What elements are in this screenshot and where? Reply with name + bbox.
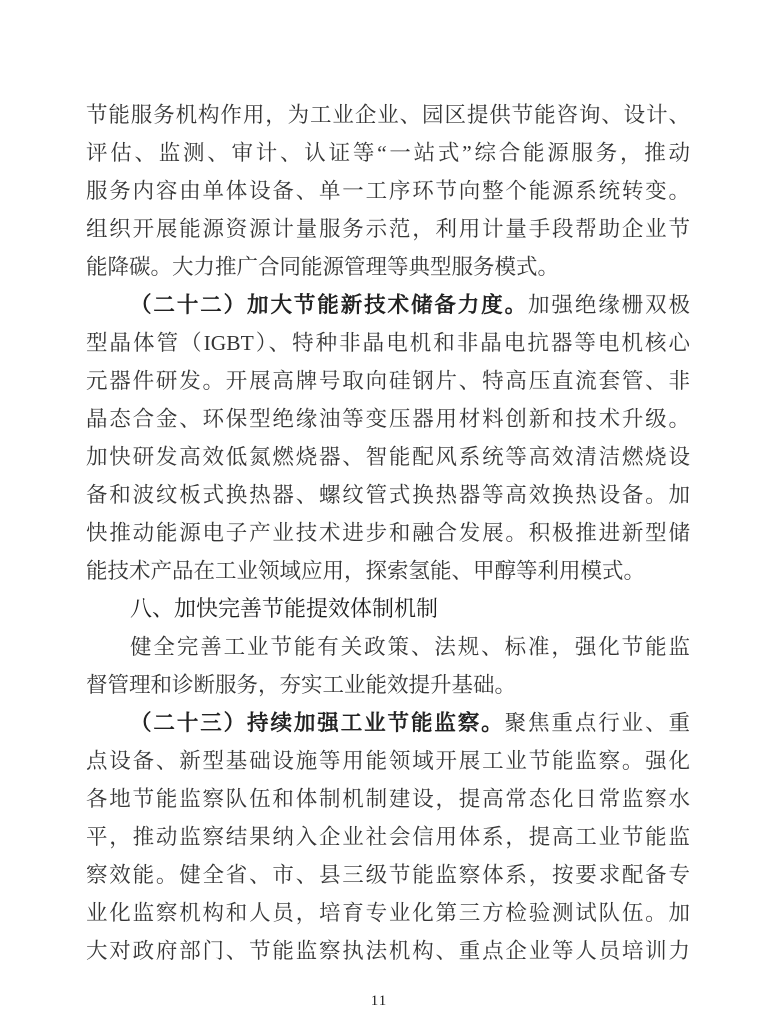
text-line: 快推动能源电子产业技术进步和融合发展。积极推进新型储 — [86, 514, 690, 552]
document-page: 节能服务机构作用，为工业企业、园区提供节能咨询、设计、评估、监测、审计、认证等“… — [0, 0, 758, 1035]
paragraph-lead-bold-run: （二十三）持续加强工业节能监察。 — [130, 711, 505, 735]
text-run: 八、加快完善节能提效体制机制 — [130, 596, 438, 621]
text-run: 评估、监测、审计、认证等“一站式”综合能源服务，推动 — [86, 141, 690, 165]
text-line: 业化监察机构和人员，培育专业化第三方检验测试队伍。加 — [86, 894, 690, 932]
text-run: 聚焦重点行业、重 — [505, 711, 690, 735]
paragraph-lead-bold-run: （二十二）加大节能新技术储备力度。 — [130, 293, 528, 317]
text-run: 晶态合金、环保型绝缘油等变压器用材料创新和技术升级。 — [86, 407, 690, 431]
text-line: 节能服务机构作用，为工业企业、园区提供节能咨询、设计、 — [86, 96, 690, 134]
text-run: 型晶体管（IGBT）、特种非晶电机和非晶电抗器等电机核心 — [86, 331, 690, 355]
text-run: 大对政府部门、节能监察执法机构、重点企业等人员培训力 — [86, 939, 690, 963]
text-line: 加快研发高效低氮燃烧器、智能配风系统等高效清洁燃烧设 — [86, 438, 690, 476]
text-line: 备和波纹板式换热器、螺纹管式换热器等高效换热设备。加 — [86, 476, 690, 514]
text-run: 加强绝缘栅双极 — [528, 293, 690, 317]
text-line: 健全完善工业节能有关政策、法规、标准，强化节能监 — [86, 628, 690, 666]
text-run: 各地节能监察队伍和体制机制建设，提高常态化日常监察水 — [86, 787, 690, 811]
text-line: 点设备、新型基础设施等用能领域开展工业节能监察。强化 — [86, 742, 690, 780]
text-line: 组织开展能源资源计量服务示范，利用计量手段帮助企业节 — [86, 210, 690, 248]
text-line: （二十二）加大节能新技术储备力度。加强绝缘栅双极 — [86, 286, 690, 324]
text-line: 督管理和诊断服务，夯实工业能效提升基础。 — [86, 666, 690, 704]
text-run: 快推动能源电子产业技术进步和融合发展。积极推进新型储 — [86, 521, 690, 545]
text-line: 平，推动监察结果纳入企业社会信用体系，提高工业节能监 — [86, 818, 690, 856]
text-run: 业化监察机构和人员，培育专业化第三方检验测试队伍。加 — [86, 901, 690, 925]
text-run: 平，推动监察结果纳入企业社会信用体系，提高工业节能监 — [86, 825, 690, 849]
text-line: 晶态合金、环保型绝缘油等变压器用材料创新和技术升级。 — [86, 400, 690, 438]
text-line: 评估、监测、审计、认证等“一站式”综合能源服务，推动 — [86, 134, 690, 172]
text-line: 元器件研发。开展高牌号取向硅钢片、特高压直流套管、非 — [86, 362, 690, 400]
section-heading-line: 八、加快完善节能提效体制机制 — [86, 590, 690, 628]
page-footer: 11 — [0, 992, 758, 1010]
text-run: 健全完善工业节能有关政策、法规、标准，强化节能监 — [130, 635, 690, 659]
text-run: 督管理和诊断服务，夯实工业能效提升基础。 — [86, 673, 516, 697]
text-line: 服务内容由单体设备、单一工序环节向整个能源系统转变。 — [86, 172, 690, 210]
text-line: 察效能。健全省、市、县三级节能监察体系，按要求配备专 — [86, 856, 690, 894]
text-line: 能降碳。大力推广合同能源管理等典型服务模式。 — [86, 248, 690, 286]
text-run: 备和波纹板式换热器、螺纹管式换热器等高效换热设备。加 — [86, 483, 690, 507]
text-run: 察效能。健全省、市、县三级节能监察体系，按要求配备专 — [86, 863, 690, 887]
text-run: 点设备、新型基础设施等用能领域开展工业节能监察。强化 — [86, 749, 690, 773]
text-run: 组织开展能源资源计量服务示范，利用计量手段帮助企业节 — [86, 217, 690, 241]
text-run: 节能服务机构作用，为工业企业、园区提供节能咨询、设计、 — [86, 103, 690, 127]
text-line: 型晶体管（IGBT）、特种非晶电机和非晶电抗器等电机核心 — [86, 324, 690, 362]
text-run: 元器件研发。开展高牌号取向硅钢片、特高压直流套管、非 — [86, 369, 690, 393]
text-run: 能降碳。大力推广合同能源管理等典型服务模式。 — [86, 255, 559, 279]
document-body: 节能服务机构作用，为工业企业、园区提供节能咨询、设计、评估、监测、审计、认证等“… — [86, 96, 690, 970]
text-line: 大对政府部门、节能监察执法机构、重点企业等人员培训力 — [86, 932, 690, 970]
text-line: 各地节能监察队伍和体制机制建设，提高常态化日常监察水 — [86, 780, 690, 818]
text-line: （二十三）持续加强工业节能监察。聚焦重点行业、重 — [86, 704, 690, 742]
page-number: 11 — [371, 993, 387, 1009]
text-run: 加快研发高效低氮燃烧器、智能配风系统等高效清洁燃烧设 — [86, 445, 690, 469]
text-run: 能技术产品在工业领域应用，探索氢能、甲醇等利用模式。 — [86, 559, 645, 583]
text-run: 服务内容由单体设备、单一工序环节向整个能源系统转变。 — [86, 179, 690, 203]
text-line: 能技术产品在工业领域应用，探索氢能、甲醇等利用模式。 — [86, 552, 690, 590]
